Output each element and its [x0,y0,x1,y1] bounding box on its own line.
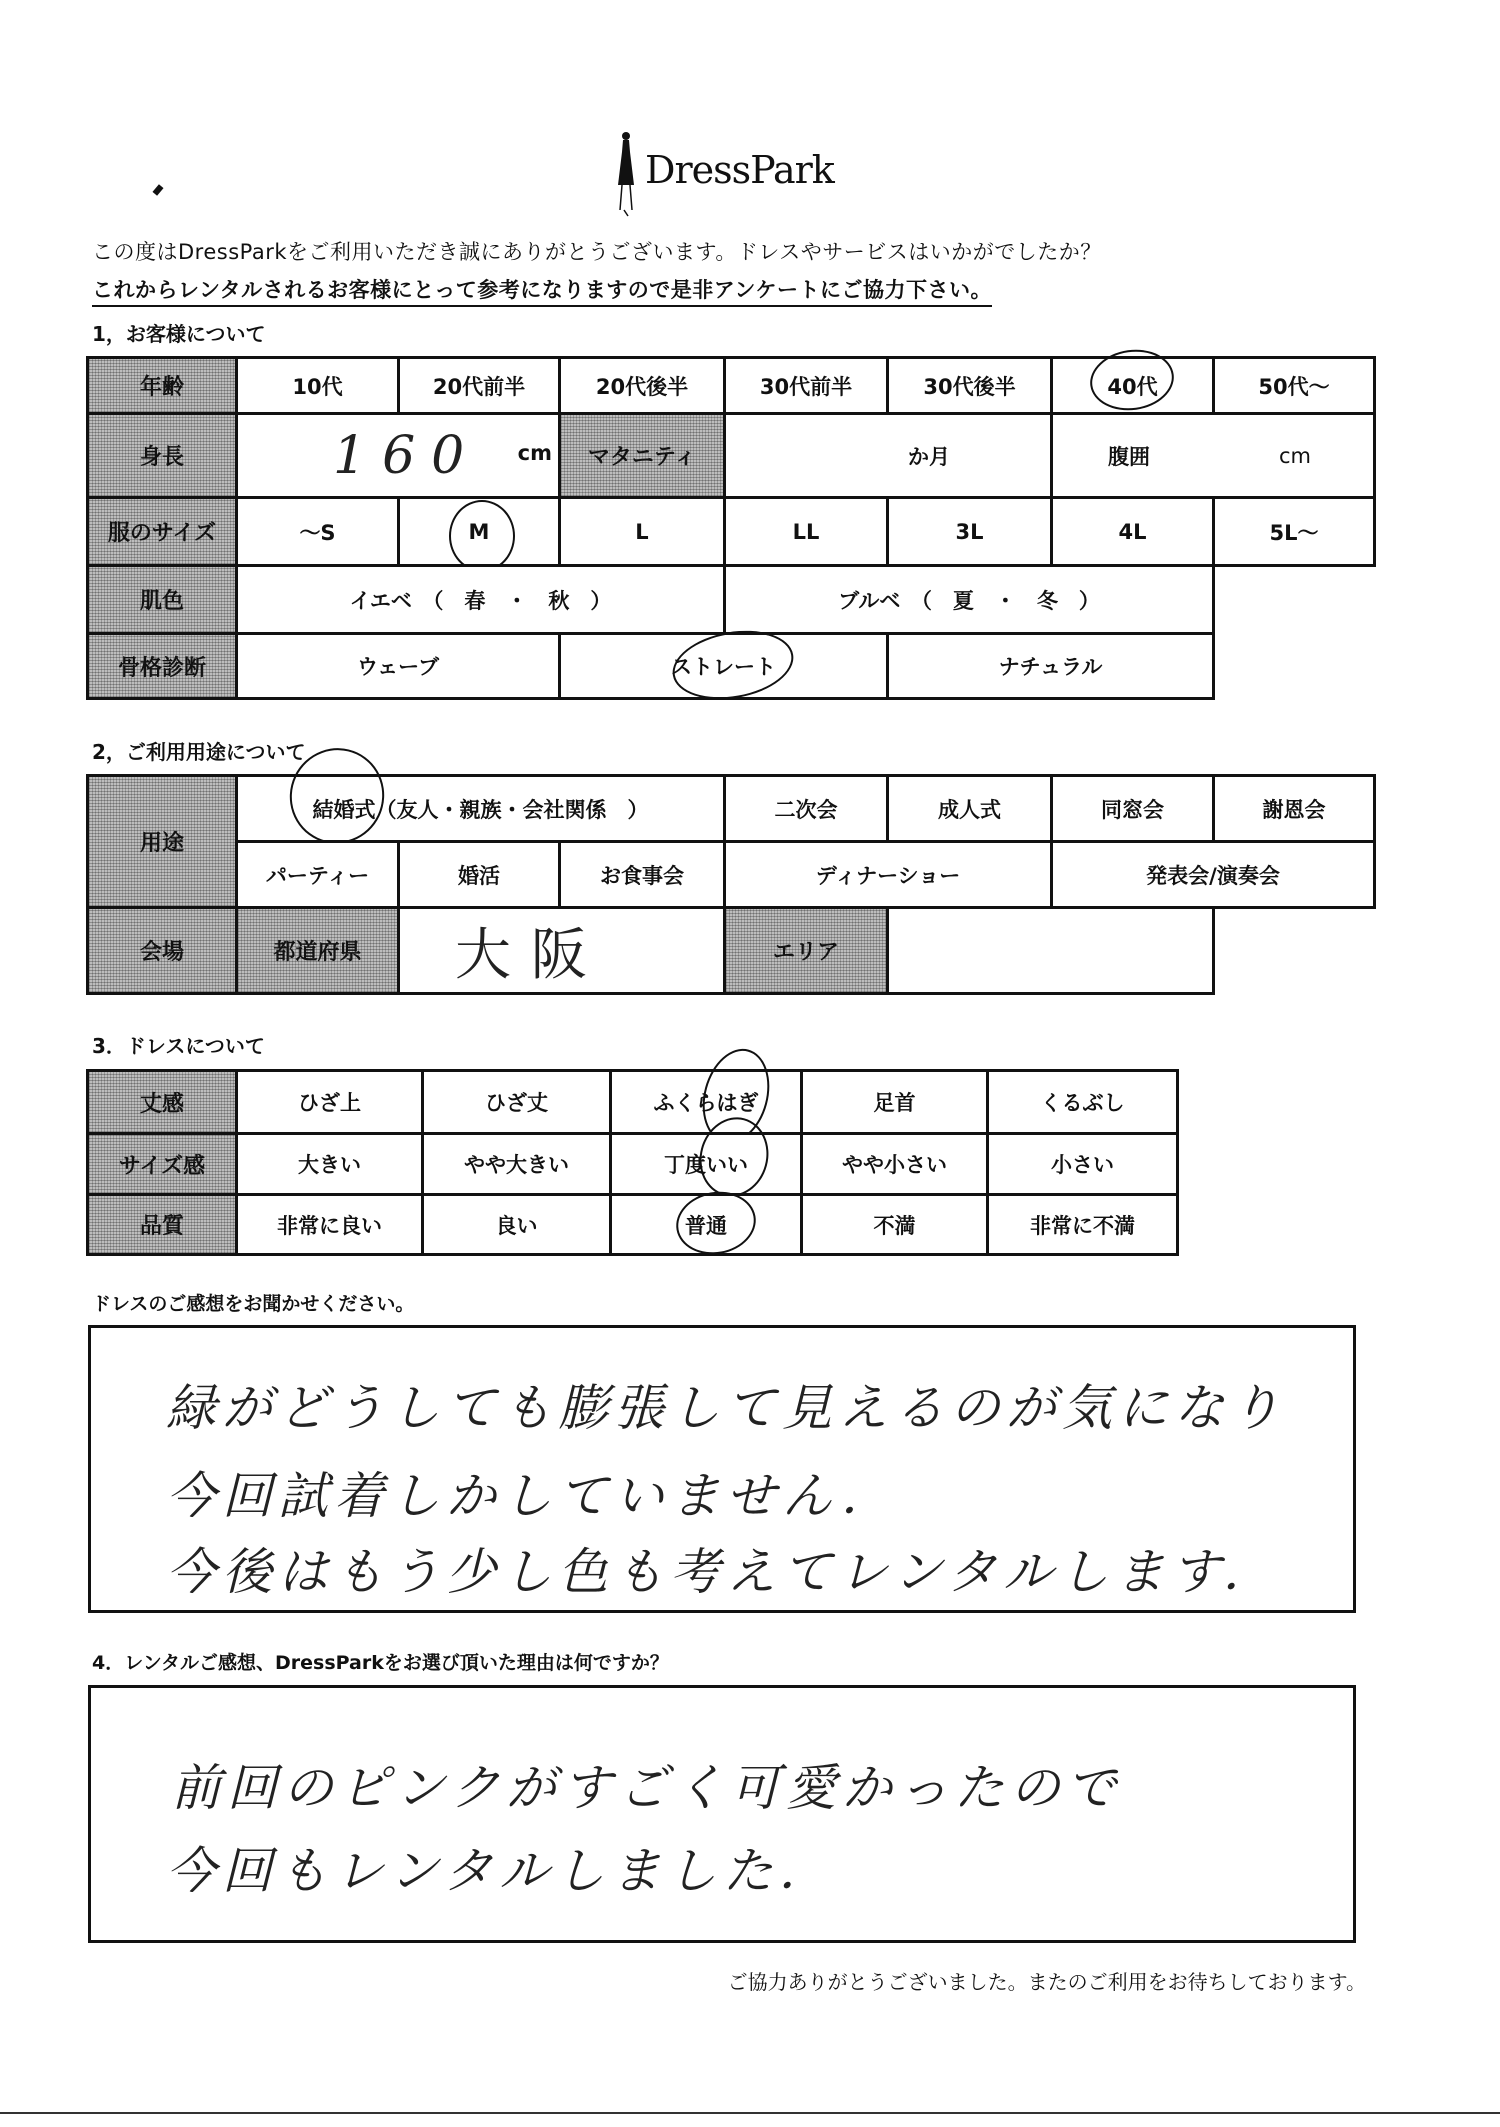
purpose-option[interactable]: 発表会/演奏会 [1050,840,1376,909]
prefecture-field[interactable]: 大阪 [397,906,726,995]
size-option[interactable]: ～S [235,496,400,567]
dress-silhouette-icon [610,130,642,220]
length-option[interactable]: くるぶし [986,1069,1179,1135]
height-value: 160 [333,426,480,486]
dress-comment-prompt: ドレスのご感想をお聞かせください。 [92,1289,414,1316]
frame-option[interactable]: ナチュラル [886,632,1215,700]
height-field[interactable]: 160 cm [235,412,561,499]
quality-option[interactable]: 良い [421,1193,612,1256]
height-unit: cm [518,441,552,465]
intro-text: この度はDressParkをご利用いただき誠にありがとうございます。ドレスやサー… [92,236,1102,266]
waist-unit: cm [1279,444,1311,468]
height-label: 身長 [86,412,238,499]
skin-option-blue[interactable]: ブルベ （ 夏 ・ 冬 ） [723,564,1215,635]
length-option[interactable]: 足首 [800,1069,989,1135]
purpose-option[interactable]: ディナーショー [723,840,1053,909]
scan-speck [152,184,163,196]
size-option[interactable]: L [558,496,726,567]
frame-option[interactable]: ウェーブ [235,632,561,700]
fit-label: サイズ感 [86,1132,238,1196]
section4-title: 4．レンタルご感想、DressParkをお選び頂いた理由は何ですか？ [92,1648,669,1675]
skin-label: 肌色 [86,564,238,635]
age-option[interactable]: 10代 [235,356,400,415]
age-option[interactable]: 30代前半 [723,356,889,415]
purpose-option-wedding[interactable]: 結婚式（友人・親族・会社関係 ） [235,774,726,843]
fit-option[interactable]: やや小さい [800,1132,989,1196]
age-option[interactable]: 30代後半 [886,356,1053,415]
purpose-option[interactable]: 婚活 [397,840,561,909]
purpose-option[interactable]: 二次会 [723,774,889,843]
comment-line: 今回試着しかしていません． [166,1456,897,1528]
size-option[interactable]: 4L [1050,496,1215,567]
size-option-selected[interactable]: M [397,496,561,567]
size-option[interactable]: 3L [886,496,1053,567]
comment-line: 今後はもう少し色も考えてレンタルします． [166,1532,1279,1604]
purpose-option[interactable]: 謝恩会 [1212,774,1376,843]
dress-comment-box[interactable]: 緑がどうしても膨張して見えるのが気になり 今回試着しかしていません． 今後はもう… [88,1325,1356,1613]
length-option[interactable]: ひざ上 [235,1069,424,1135]
fit-option[interactable]: やや大きい [421,1132,612,1196]
section2-title: 2，ご利用用途について [92,736,306,765]
comment-line: 今回もレンタルしました． [166,1831,835,1903]
purpose-option[interactable]: お食事会 [558,840,726,909]
waist-label: 腹囲 [1108,441,1150,471]
brand-name: DressPark [645,148,834,192]
dresspark-logo: DressPark [600,130,850,220]
purpose-label: 用途 [86,774,238,909]
size-option[interactable]: 5L～ [1212,496,1376,567]
length-label: 丈感 [86,1069,238,1135]
maternity-label: マタニティ [558,412,726,499]
area-label: エリア [723,906,889,995]
age-label: 年齢 [86,356,238,415]
purpose-option[interactable]: 同窓会 [1050,774,1215,843]
age-option-selected[interactable]: 40代 [1050,356,1215,415]
thank-you-footer: ご協力ありがとうございました。またのご利用をお待ちしております。 [728,1966,1366,1995]
length-option[interactable]: ひざ丈 [421,1069,612,1135]
months-label: か月 [908,441,950,471]
quality-option[interactable]: 不満 [800,1193,989,1256]
section3-title: 3．ドレスについて [92,1030,265,1059]
venue-label: 会場 [86,906,238,995]
quality-label: 品質 [86,1193,238,1256]
maternity-months-field[interactable]: か月 [723,412,1053,499]
skin-option-yellow[interactable]: イエベ （ 春 ・ 秋 ） [235,564,726,635]
quality-option[interactable]: 非常に不満 [986,1193,1179,1256]
fit-option-selected[interactable]: 丁度いい [609,1132,803,1196]
purpose-option[interactable]: 成人式 [886,774,1053,843]
intro-request: これからレンタルされるお客様にとって参考になりますので是非アンケートにご協力下さ… [92,274,992,307]
purpose-option[interactable]: パーティー [235,840,400,909]
age-option[interactable]: 50代～ [1212,356,1376,415]
frame-option-selected[interactable]: ストレート [558,632,889,700]
rental-comment-box[interactable]: 前回のピンクがすごく可愛かったので 今回もレンタルしました． [88,1685,1356,1943]
prefecture-value: 大阪 [455,911,607,991]
quality-option-selected[interactable]: 普通 [609,1193,803,1256]
age-option[interactable]: 20代後半 [558,356,726,415]
scan-edge-line [0,2112,1500,2114]
prefecture-label: 都道府県 [235,906,400,995]
comment-line: 前回のピンクがすごく可愛かったので [171,1748,1122,1820]
fit-option[interactable]: 大きい [235,1132,424,1196]
frame-label: 骨格診断 [86,632,238,700]
quality-option[interactable]: 非常に良い [235,1193,424,1256]
length-option-selected[interactable]: ふくらはぎ [609,1069,803,1135]
comment-line: 緑がどうしても膨張して見えるのが気になり [166,1368,1286,1440]
fit-option[interactable]: 小さい [986,1132,1179,1196]
waist-field[interactable]: 腹囲 cm [1050,412,1376,499]
section1-title: 1，お客様について [92,318,266,347]
age-option[interactable]: 20代前半 [397,356,561,415]
area-field[interactable] [886,906,1215,995]
size-label: 服のサイズ [86,496,238,567]
size-option[interactable]: LL [723,496,889,567]
